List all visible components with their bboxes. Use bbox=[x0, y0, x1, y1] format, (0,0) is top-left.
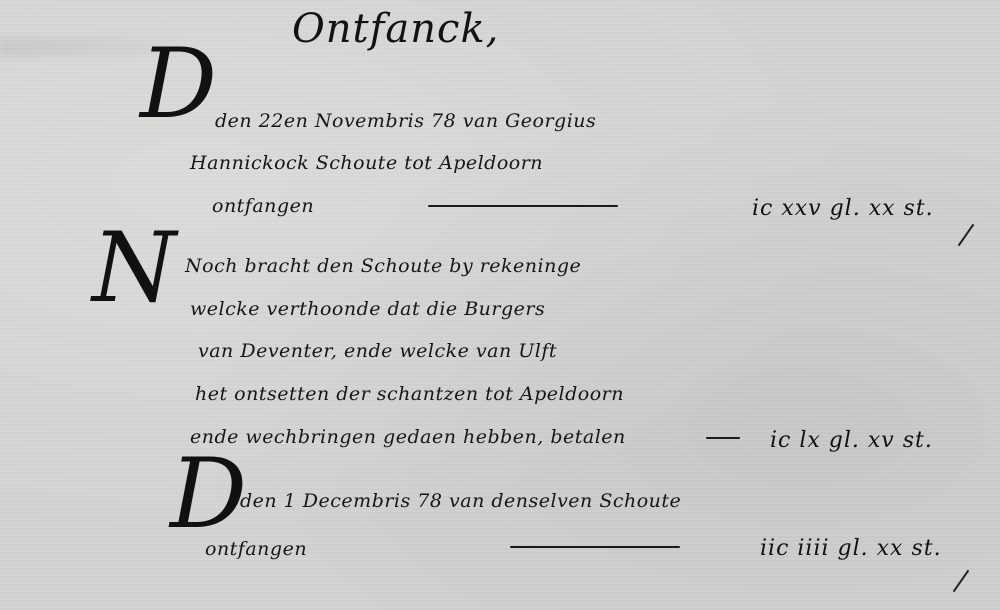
entry-2-line-1: Noch bracht den Schoute by rekeninge bbox=[185, 255, 581, 277]
entry-2-leader-rule bbox=[706, 437, 740, 439]
entry-1-line-1: den 22en Novembris 78 van Georgius bbox=[215, 110, 596, 132]
entry-2-line-4: het ontsetten der schantzen tot Apeldoor… bbox=[195, 383, 624, 405]
entry-2-amount: ic lx gl. xv st. bbox=[770, 428, 933, 453]
entry-1-line-2: Hannickock Schoute tot Apeldoorn bbox=[190, 152, 543, 174]
entry-2-line-3: van Deventer, ende welcke van Ulft bbox=[198, 340, 557, 362]
entry-1-line-3: ontfangen bbox=[212, 195, 314, 217]
entry-2-line-5: ende wechbringen gedaen hebben, betalen bbox=[190, 426, 626, 448]
entry-3-initial: D bbox=[170, 438, 247, 550]
entry-3-leader-rule bbox=[510, 546, 680, 548]
entry-2-line-2: welcke verthoonde dat die Burgers bbox=[190, 298, 545, 320]
entry-1-amount: ic xxv gl. xx st. bbox=[752, 196, 934, 221]
entry-3-line-2: ontfangen bbox=[205, 538, 307, 560]
entry-3-amount: iic iiii gl. xx st. bbox=[760, 536, 942, 561]
page-heading: Ontfanck, bbox=[292, 6, 499, 52]
entry-3-line-1: den 1 Decembris 78 van denselven Schoute bbox=[240, 490, 681, 512]
entry-2-initial: N bbox=[92, 212, 176, 324]
entry-1-initial: D bbox=[140, 28, 217, 140]
entry-1-leader-rule bbox=[428, 205, 618, 207]
